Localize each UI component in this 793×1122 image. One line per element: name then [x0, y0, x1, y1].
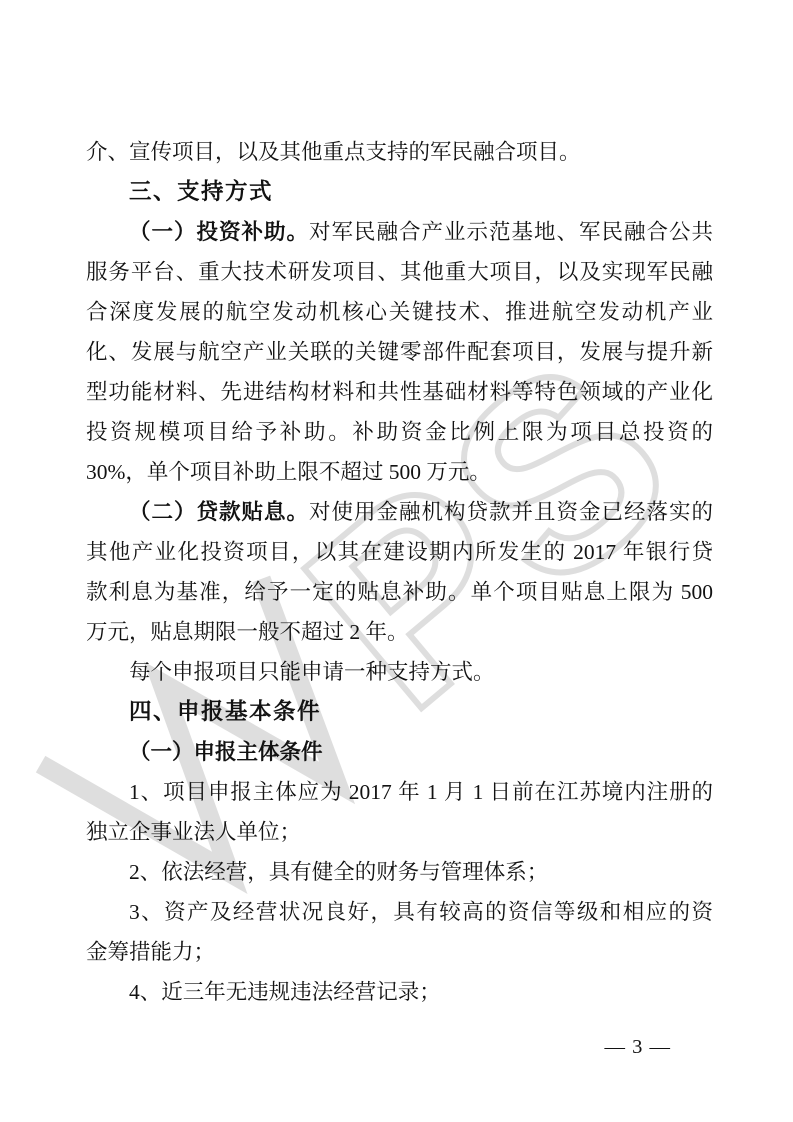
- text-line: 3、资产及经营状况良好，具有较高的资信等级和相应的资: [86, 892, 713, 932]
- section-heading: 三、支持方式: [86, 172, 713, 212]
- text-segment: 2、依法经营，具有健全的财务与管理体系；: [129, 860, 548, 884]
- text-line: 2、依法经营，具有健全的财务与管理体系；: [86, 852, 713, 892]
- text-segment: 万元，贴息期限一般不超过 2 年。: [86, 620, 409, 644]
- text-line: 每个申报项目只能申请一种支持方式。: [86, 652, 713, 692]
- document-body: 介、宣传项目，以及其他重点支持的军民融合项目。三、支持方式（一）投资补助。对军民…: [86, 132, 713, 1012]
- page-number: — 3 —: [605, 1036, 672, 1058]
- text-line: 独立企事业法人单位；: [86, 812, 713, 852]
- text-segment: 30%，单个项目补助上限不超过 500 万元。: [86, 460, 491, 484]
- text-line: 4、近三年无违规违法经营记录；: [86, 972, 713, 1012]
- text-line: 服务平台、重大技术研发项目、其他重大项目，以及实现军民融: [86, 252, 713, 292]
- text-segment: 对军民融合产业示范基地、军民融合公共: [309, 220, 713, 244]
- text-line: 其他产业化投资项目，以其在建设期内所发生的 2017 年银行贷: [86, 532, 713, 572]
- text-line: 1、项目申报主体应为 2017 年 1 月 1 日前在江苏境内注册的: [86, 772, 713, 812]
- text-line: （一）申报主体条件: [86, 732, 713, 772]
- text-line: （二）贷款贴息。对使用金融机构贷款并且资金已经落实的: [86, 492, 713, 532]
- text-line: 合深度发展的航空发动机核心关键技术、推进航空发动机产业: [86, 292, 713, 332]
- text-segment: （一）投资补助。: [129, 220, 309, 244]
- text-line: 介、宣传项目，以及其他重点支持的军民融合项目。: [86, 132, 713, 172]
- text-segment: 独立企事业法人单位；: [86, 820, 301, 844]
- text-segment: 三、支持方式: [129, 179, 273, 204]
- text-segment: 四、申报基本条件: [129, 699, 321, 724]
- text-line: （一）投资补助。对军民融合产业示范基地、军民融合公共: [86, 212, 713, 252]
- text-segment: 对使用金融机构贷款并且资金已经落实的: [309, 500, 713, 524]
- text-segment: 合深度发展的航空发动机核心关键技术、推进航空发动机产业: [86, 300, 713, 324]
- page-footer: — 3 —: [0, 1036, 793, 1059]
- text-segment: 介、宣传项目，以及其他重点支持的军民融合项目。: [86, 140, 581, 164]
- text-segment: 服务平台、重大技术研发项目、其他重大项目，以及实现军民融: [86, 260, 713, 284]
- text-segment: （一）申报主体条件: [129, 740, 323, 764]
- text-segment: 4、近三年无违规违法经营记录；: [129, 980, 441, 1004]
- text-segment: 投资规模项目给予补助。补助资金比例上限为项目总投资的: [86, 420, 713, 444]
- text-segment: 其他产业化投资项目，以其在建设期内所发生的 2017 年银行贷: [86, 540, 713, 564]
- text-line: 化、发展与航空产业关联的关键零部件配套项目，发展与提升新: [86, 332, 713, 372]
- text-line: 金筹措能力；: [86, 932, 713, 972]
- text-segment: 型功能材料、先进结构材料和共性基础材料等特色领域的产业化: [86, 380, 713, 404]
- text-line: 型功能材料、先进结构材料和共性基础材料等特色领域的产业化: [86, 372, 713, 412]
- text-line: 万元，贴息期限一般不超过 2 年。: [86, 612, 713, 652]
- text-segment: 款利息为基准，给予一定的贴息补助。单个项目贴息上限为 500: [86, 580, 713, 604]
- text-line: 投资规模项目给予补助。补助资金比例上限为项目总投资的: [86, 412, 713, 452]
- text-line: 30%，单个项目补助上限不超过 500 万元。: [86, 452, 713, 492]
- section-heading: 四、申报基本条件: [86, 692, 713, 732]
- text-line: 款利息为基准，给予一定的贴息补助。单个项目贴息上限为 500: [86, 572, 713, 612]
- text-segment: 1、项目申报主体应为 2017 年 1 月 1 日前在江苏境内注册的: [129, 780, 713, 804]
- text-segment: （二）贷款贴息。: [129, 500, 309, 524]
- text-segment: 化、发展与航空产业关联的关键零部件配套项目，发展与提升新: [86, 340, 713, 364]
- text-segment: 金筹措能力；: [86, 940, 215, 964]
- text-segment: 每个申报项目只能申请一种支持方式。: [129, 660, 495, 684]
- text-segment: 3、资产及经营状况良好，具有较高的资信等级和相应的资: [129, 900, 713, 924]
- document-page: PS 介、宣传项目，以及其他重点支持的军民融合项目。三、支持方式（一）投资补助。…: [0, 0, 793, 1122]
